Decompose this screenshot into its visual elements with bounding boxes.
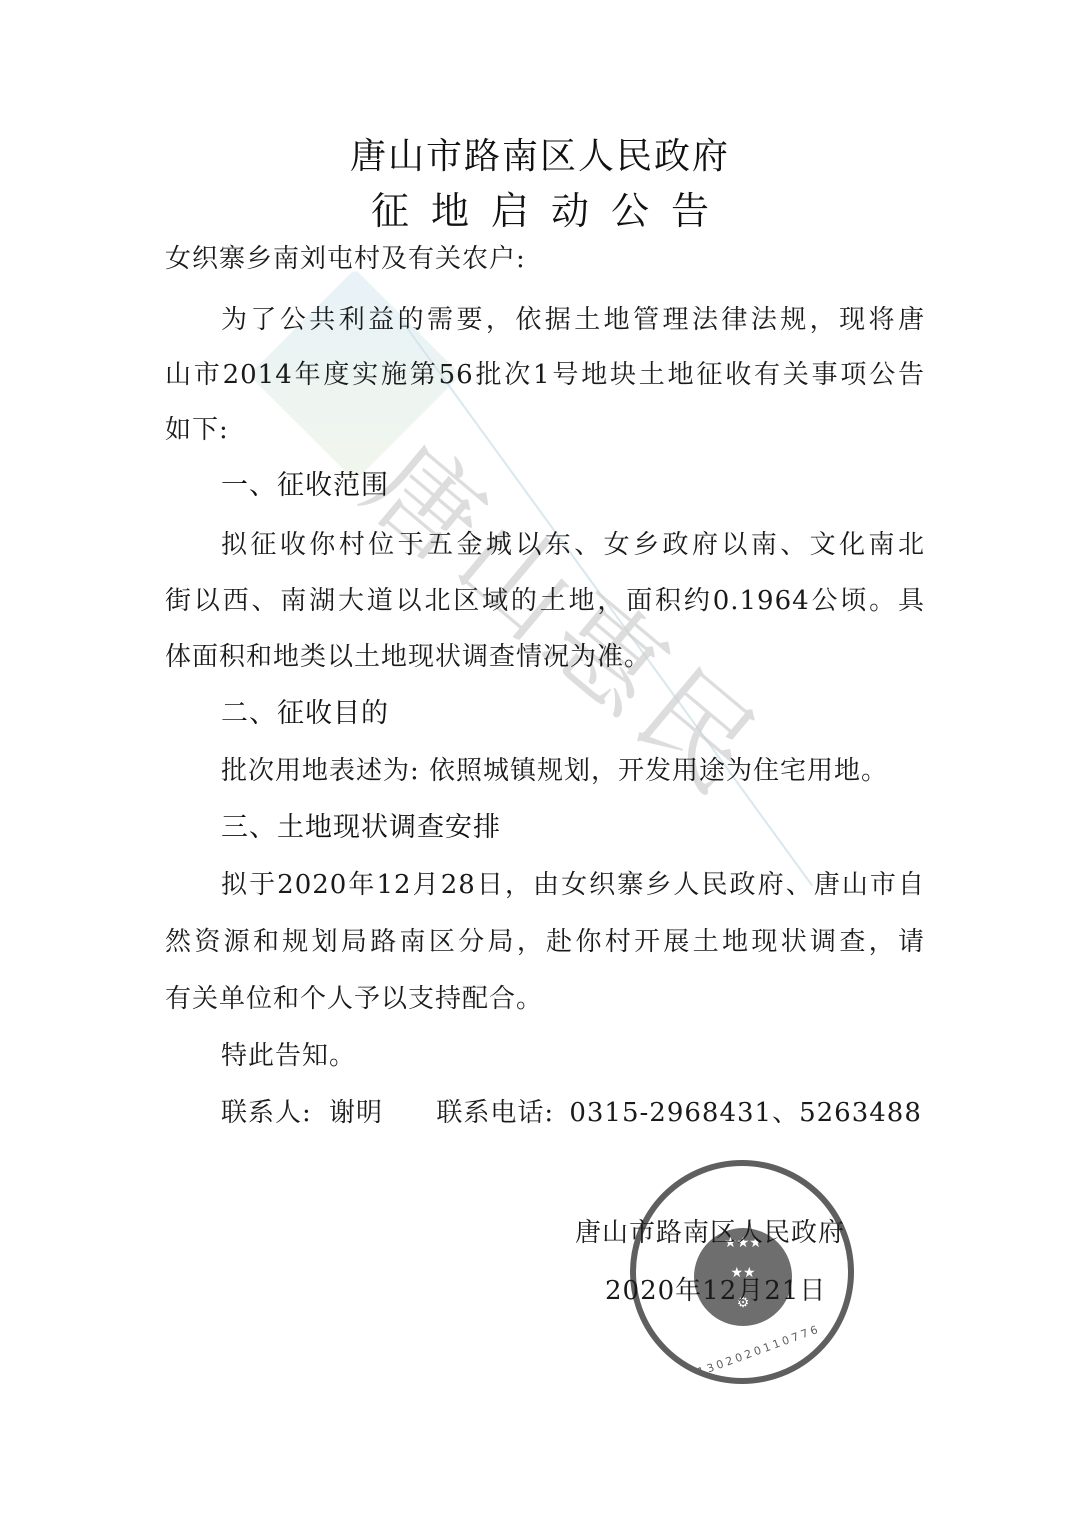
signature-date: 2020年12月21日 (605, 1270, 826, 1307)
section-line: 拟于2020年12月28日，由女织寨乡人民政府、唐山市自 (221, 868, 925, 902)
section-line: 批次用地表述为: 依照城镇规划，开发用途为住宅用地。 (221, 754, 981, 788)
section-heading-purpose: 二、征收目的 (221, 697, 981, 731)
contact-phone-label: 联系电话: (436, 1098, 554, 1128)
contact-line: 联系人: 谢明 联系电话: 0315-2968431、5263488 (221, 1096, 981, 1130)
seal-code: 1302020110776 (696, 1322, 823, 1379)
section-line: 然资源和规划局路南区分局，赴你村开展土地现状调查，请 (165, 925, 925, 959)
notice-title: 征地启动公告 (0, 180, 1080, 235)
section-heading-survey: 三、土地现状调查安排 (221, 811, 981, 845)
document-page: 唐山惠民 唐山市路南区人民政府 征地启动公告 女织寨乡南刘屯村及有关农户: 为了… (0, 0, 1080, 1526)
salutation: 女织寨乡南刘屯村及有关农户: (165, 242, 925, 276)
contact-person-label: 联系人: (221, 1098, 312, 1128)
signature-org: 唐山市路南区人民政府 (575, 1212, 845, 1249)
section-line: 街以西、南湖大道以北区域的土地，面积约0.1964公顷。具 (165, 584, 925, 618)
closing-text: 特此告知。 (221, 1039, 981, 1073)
section-line: 有关单位和个人予以支持配合。 (165, 982, 925, 1016)
intro-line: 如下: (165, 413, 925, 447)
section-line: 体面积和地类以土地现状调查情况为准。 (165, 640, 925, 674)
intro-line: 山市2014年度实施第56批次1号地块土地征收有关事项公告 (165, 358, 925, 392)
section-heading-scope: 一、征收范围 (221, 469, 981, 503)
section-line: 拟征收你村位于五金城以东、女乡政府以南、文化南北 (221, 528, 925, 562)
contact-phone: 0315-2968431、5263488 (569, 1098, 922, 1128)
contact-person: 谢明 (329, 1098, 383, 1128)
issuer-title: 唐山市路南区人民政府 (0, 128, 1080, 179)
intro-line: 为了公共利益的需要，依据土地管理法律法规，现将唐 (221, 303, 925, 337)
